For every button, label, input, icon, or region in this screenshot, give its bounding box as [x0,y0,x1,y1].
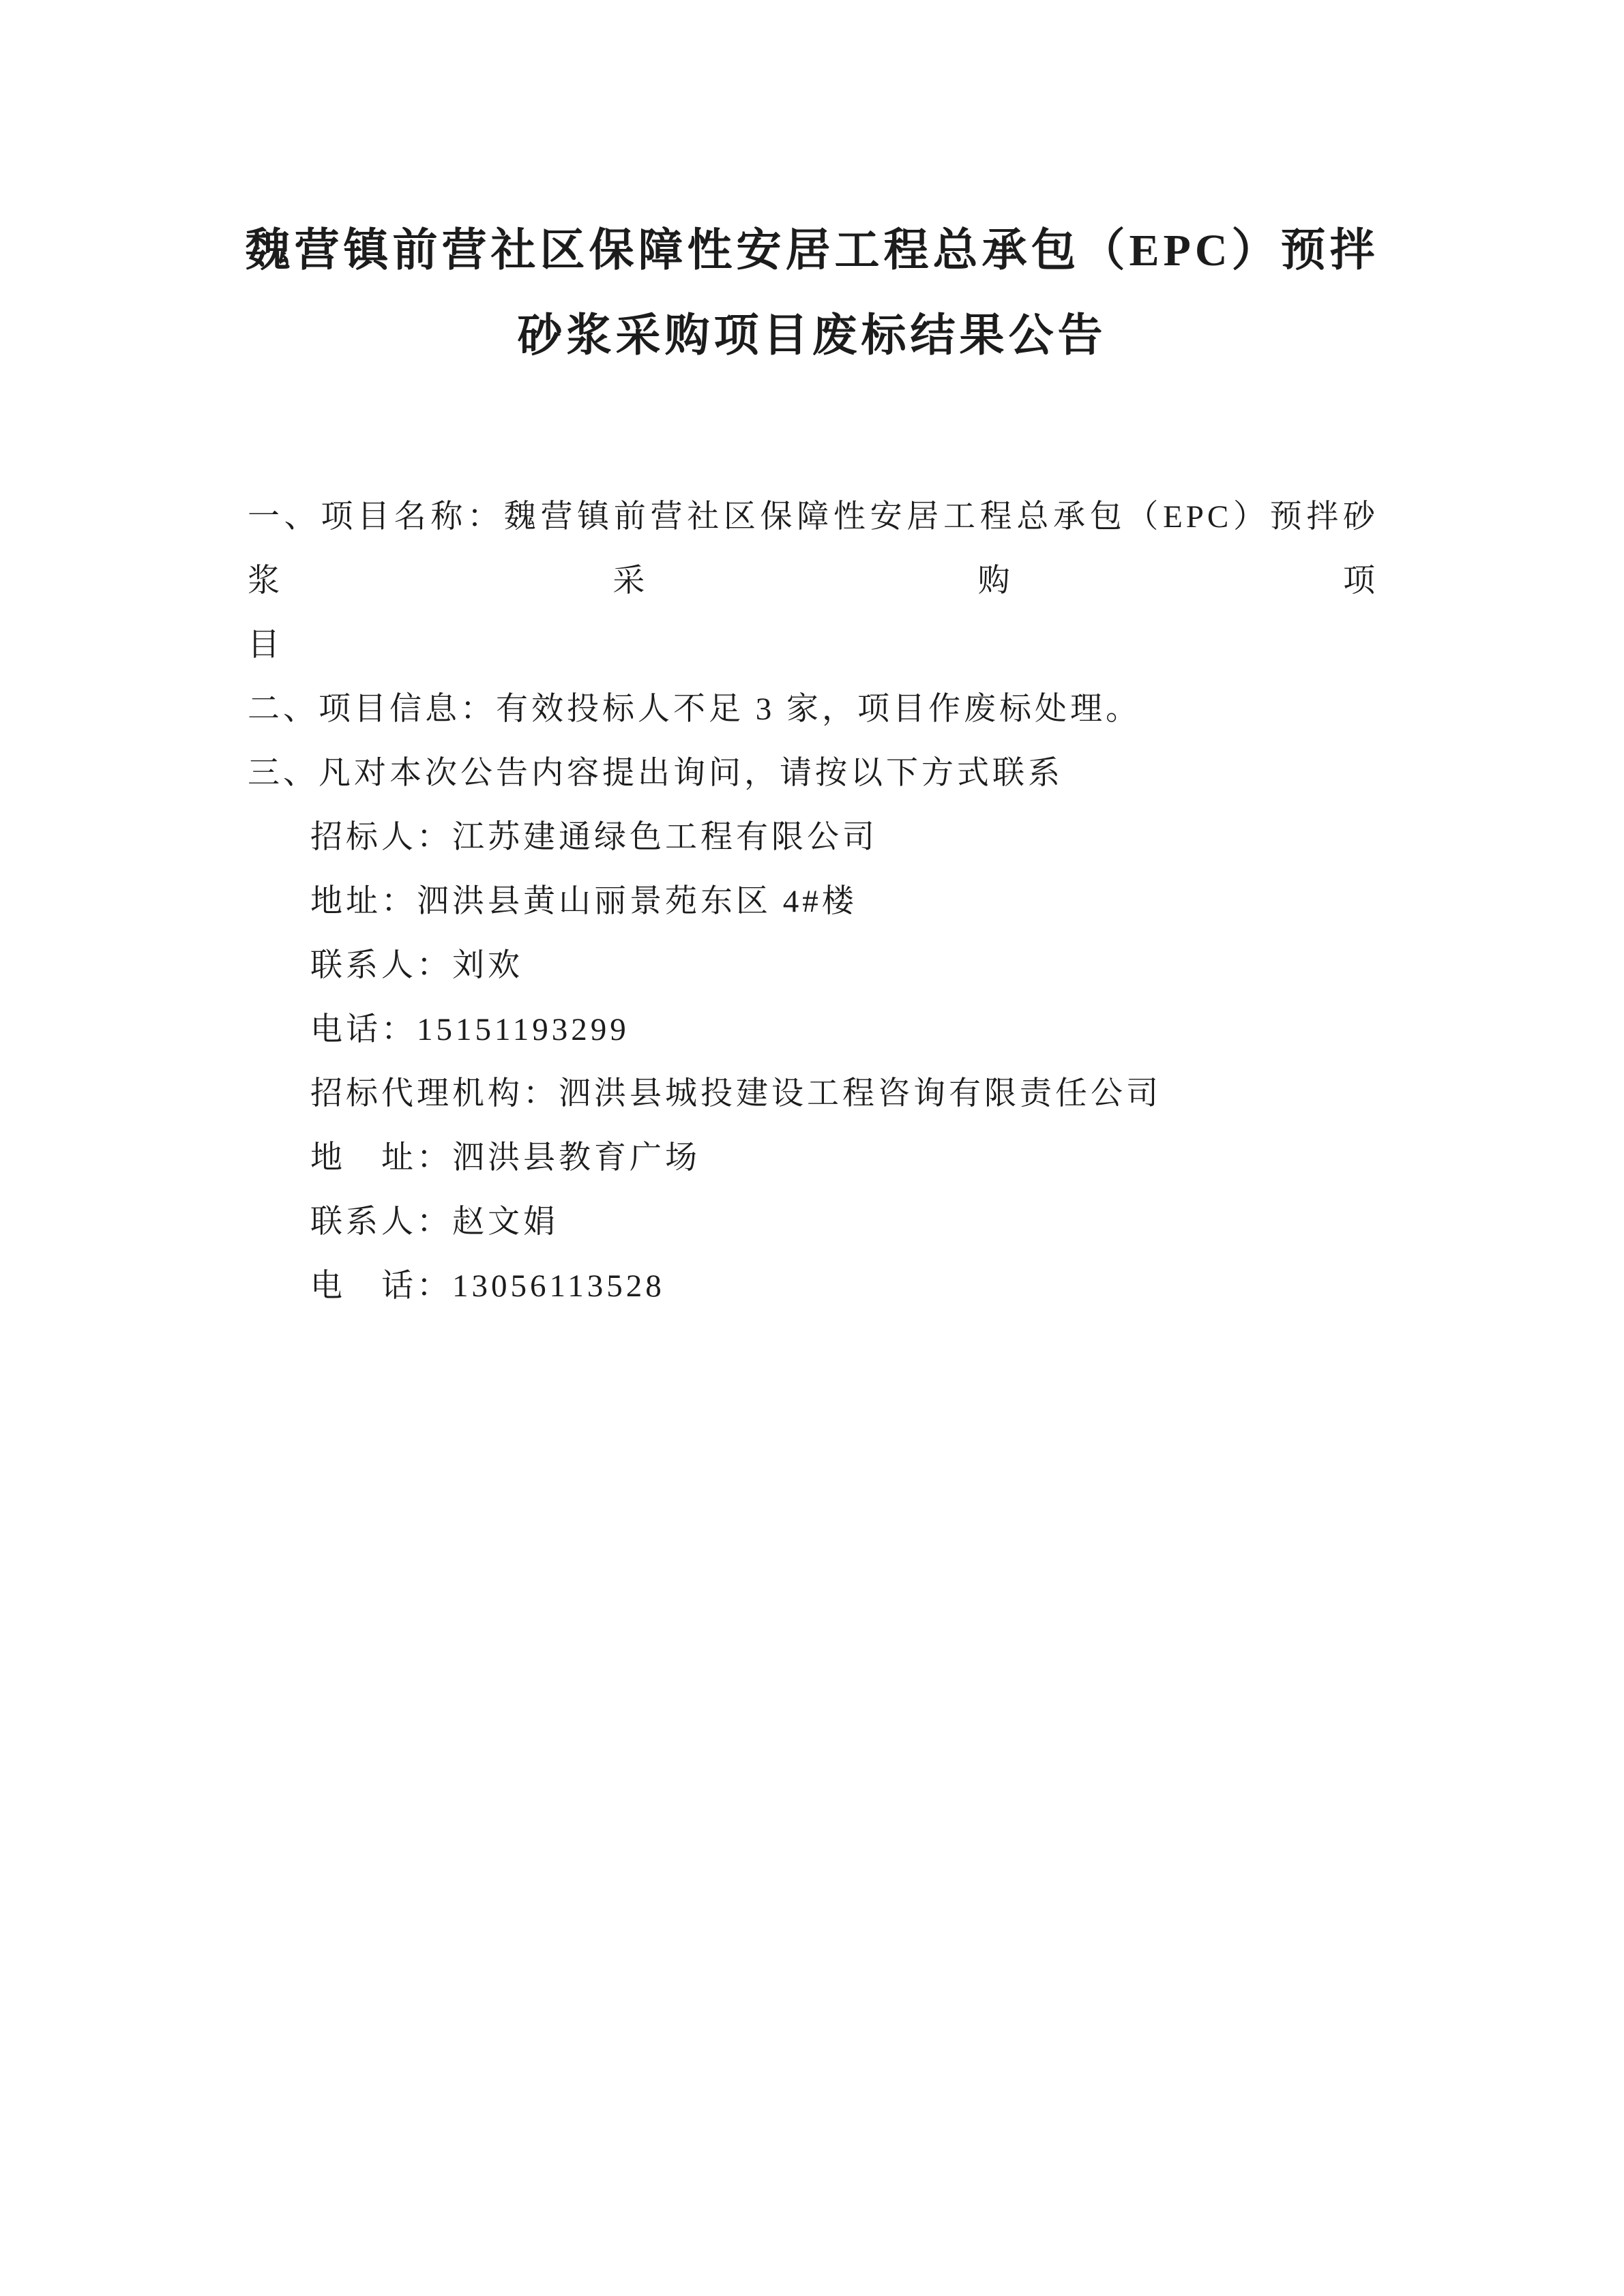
contact-line-tenderer: 招标人：江苏建通绿色工程有限公司 [248,805,1378,869]
body-item-1: 一、项目名称：魏营镇前营社区保障性安居工程总承包（EPC）预拌砂浆采购项 目 [248,485,1378,677]
contact-line-tenderer-phone: 电话：15151193299 [248,998,1378,1062]
body-item-1-line-2: 目 [248,613,1378,677]
contact-block: 招标人：江苏建通绿色工程有限公司 地址：泗洪县黄山丽景苑东区 4#楼 联系人：刘… [248,805,1378,1318]
contact-line-tenderer-contact-person: 联系人：刘欢 [248,934,1378,998]
body-item-3: 三、凡对本次公告内容提出询问，请按以下方式联系 [248,741,1378,805]
contact-line-agency-phone: 电 话：13056113528 [248,1254,1378,1318]
document-body: 一、项目名称：魏营镇前营社区保障性安居工程总承包（EPC）预拌砂浆采购项 目 二… [248,485,1378,1318]
contact-line-agency: 招标代理机构：泗洪县城投建设工程咨询有限责任公司 [248,1062,1378,1126]
contact-line-agency-address: 地 址：泗洪县教育广场 [248,1126,1378,1190]
document-page: 魏营镇前营社区保障性安居工程总承包（EPC）预拌 砂浆采购项目废标结果公告 一、… [0,0,1624,2296]
title-line-2: 砂浆采购项目废标结果公告 [0,293,1624,378]
body-item-1-line-1: 一、项目名称：魏营镇前营社区保障性安居工程总承包（EPC）预拌砂浆采购项 [248,485,1378,613]
contact-line-tenderer-address: 地址：泗洪县黄山丽景苑东区 4#楼 [248,869,1378,934]
contact-line-agency-contact-person: 联系人：赵文娟 [248,1190,1378,1254]
body-item-2: 二、项目信息：有效投标人不足 3 家，项目作废标处理。 [248,677,1378,741]
document-title: 魏营镇前营社区保障性安居工程总承包（EPC）预拌 砂浆采购项目废标结果公告 [0,0,1624,378]
title-line-1: 魏营镇前营社区保障性安居工程总承包（EPC）预拌 [0,208,1624,293]
